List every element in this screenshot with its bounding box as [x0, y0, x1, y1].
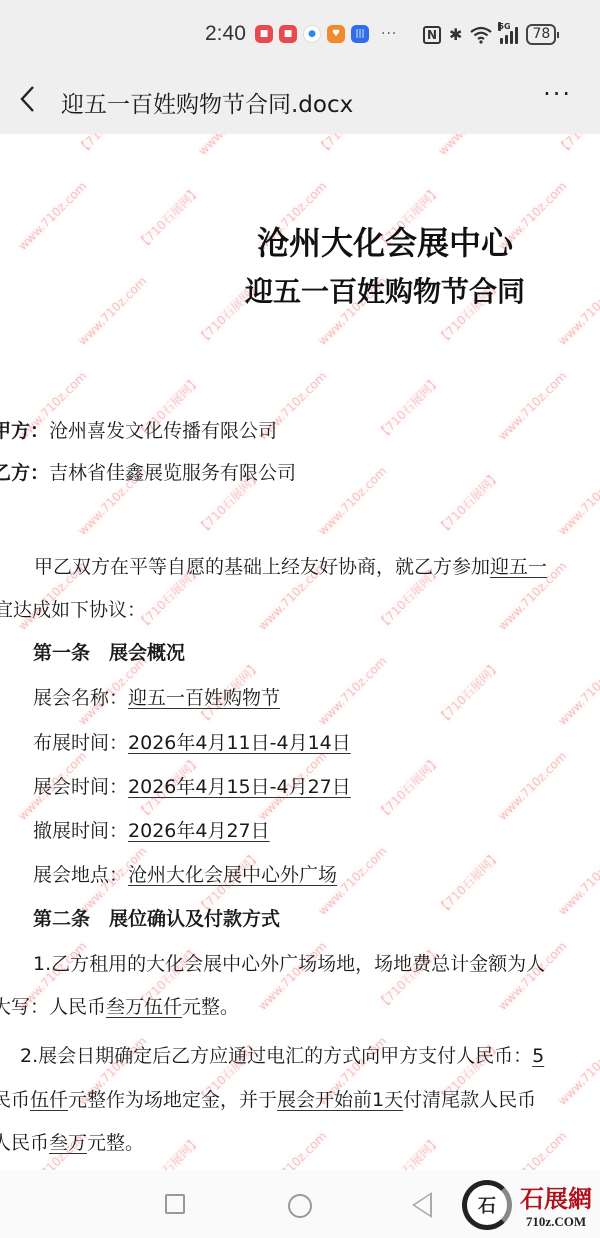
- nfc-icon: N: [423, 26, 441, 44]
- document-title: 迎五一百姓购物节合同.docx: [61, 86, 353, 119]
- watermark-text: www.710z.com: [0, 134, 30, 158]
- huawei-appgallery-icon: ■: [279, 25, 297, 43]
- status-bar: 2:40 ■ ■ ● ♥ ||| ··· N ✱ 5G 78: [0, 0, 600, 70]
- app-header: 迎五一百姓购物节合同.docx ···: [0, 70, 600, 134]
- field-venue: 展会地点：沧州大化会展中心外广场: [33, 860, 337, 887]
- watermark-text: www.710z.com: [556, 464, 600, 538]
- watermark-text: 【710石展网】: [433, 847, 504, 918]
- watermark-text: www.710z.com: [256, 1129, 330, 1170]
- home-button[interactable]: [288, 1194, 312, 1218]
- health-icon: ♥: [327, 25, 345, 43]
- intro-paragraph-line2: 宜达成如下协议：: [0, 595, 146, 622]
- watermark-text: 【710石展网】: [553, 134, 600, 158]
- signal-icon: 5G: [500, 26, 518, 44]
- recents-button[interactable]: [165, 1194, 185, 1214]
- field-setup-time: 布展时间：2026年4月11日-4月14日: [33, 728, 351, 755]
- field-exhibition-name: 展会名称：迎五一百姓购物节: [33, 683, 280, 710]
- clause-1-line2: 大写：人民币叁万伍仟元整。: [0, 992, 239, 1019]
- more-options-button[interactable]: ···: [543, 80, 572, 108]
- status-time: 2:40: [205, 22, 246, 46]
- clause-1-line1: 1.乙方租用的大化会展中心外广场场地，场地费总计金额为人: [33, 949, 545, 976]
- nav-back-button[interactable]: [412, 1192, 432, 1218]
- watermark-text: 【710石展网】: [373, 372, 444, 443]
- logo-name-en: 710z.COM: [526, 1214, 586, 1230]
- watermark-text: www.710z.com: [496, 749, 570, 823]
- watermark-text: www.710z.com: [556, 1034, 600, 1108]
- field-exhibition-time: 展会时间：2026年4月15日-4月27日: [33, 772, 351, 799]
- document-heading-1: 沧州大化会展中心: [0, 218, 600, 264]
- article-1-title: 第一条 展会概况: [33, 638, 185, 665]
- site-logo: 石 石展網 710z.COM: [462, 1179, 592, 1230]
- watermark-text: www.710z.com: [316, 654, 390, 728]
- watermark-text: 【710石展网】: [433, 467, 504, 538]
- logo-mark-icon: 石: [462, 1180, 512, 1230]
- document-heading-2: 迎五一百姓购物节合同: [0, 270, 600, 310]
- watermark-text: www.710z.com: [556, 844, 600, 918]
- huawei-appgallery-icon: ■: [255, 25, 273, 43]
- browser-icon: ●: [303, 25, 321, 43]
- watermark-text: 【710石展网】: [373, 1132, 444, 1170]
- battery-icon: 78: [526, 24, 556, 45]
- back-button[interactable]: [18, 84, 44, 118]
- watermark-text: www.710z.com: [496, 369, 570, 443]
- wifi-icon: [470, 26, 492, 44]
- watermark-text: 【710石展网】: [313, 134, 384, 158]
- field-teardown-time: 撤展时间：2026年4月27日: [33, 816, 270, 843]
- voice-recorder-icon: |||: [351, 25, 369, 43]
- watermark-text: 【710石展网】: [373, 752, 444, 823]
- system-icons: N ✱ 5G 78: [423, 24, 556, 45]
- system-nav-bar: 石 石展網 710z.COM: [0, 1170, 600, 1238]
- clause-2-line3: 人民币叁万元整。: [0, 1128, 144, 1155]
- party-a: 甲方：沧州喜发文化传播有限公司: [0, 416, 277, 443]
- intro-paragraph-line1: 甲乙双方在平等自愿的基础上经友好协商，就乙方参加迎五一: [34, 552, 547, 579]
- clause-2-line1: 2.展会日期确定后乙方应通过电汇的方式向甲方支付人民币：5: [20, 1041, 544, 1068]
- document-viewer[interactable]: www.710z.com【710石展网】www.710z.com【710石展网】…: [0, 134, 600, 1170]
- watermark-text: 【710石展网】: [433, 657, 504, 728]
- watermark-text: 【710石展网】: [73, 134, 144, 158]
- watermark-text: 【710石展网】: [133, 1132, 204, 1170]
- party-b: 乙方：吉林省佳鑫展览服务有限公司: [0, 458, 296, 485]
- watermark-text: www.710z.com: [556, 654, 600, 728]
- watermark-text: www.710z.com: [436, 134, 510, 158]
- bluetooth-icon: ✱: [449, 25, 462, 44]
- article-2-title: 第二条 展位确认及付款方式: [33, 904, 280, 931]
- watermark-text: www.710z.com: [196, 134, 270, 158]
- logo-name-cn: 石展網: [520, 1179, 592, 1214]
- clause-2-line2: 民币伍仟元整作为场地定金，并于展会开始前1天付清尾款人民币: [0, 1085, 536, 1112]
- watermark-text: www.710z.com: [316, 464, 390, 538]
- watermark-text: www.710z.com: [496, 1129, 570, 1170]
- notification-icons: ■ ■ ● ♥ ||| ···: [255, 25, 397, 43]
- chevron-left-icon: [18, 84, 38, 114]
- more-notifications-icon: ···: [381, 26, 397, 42]
